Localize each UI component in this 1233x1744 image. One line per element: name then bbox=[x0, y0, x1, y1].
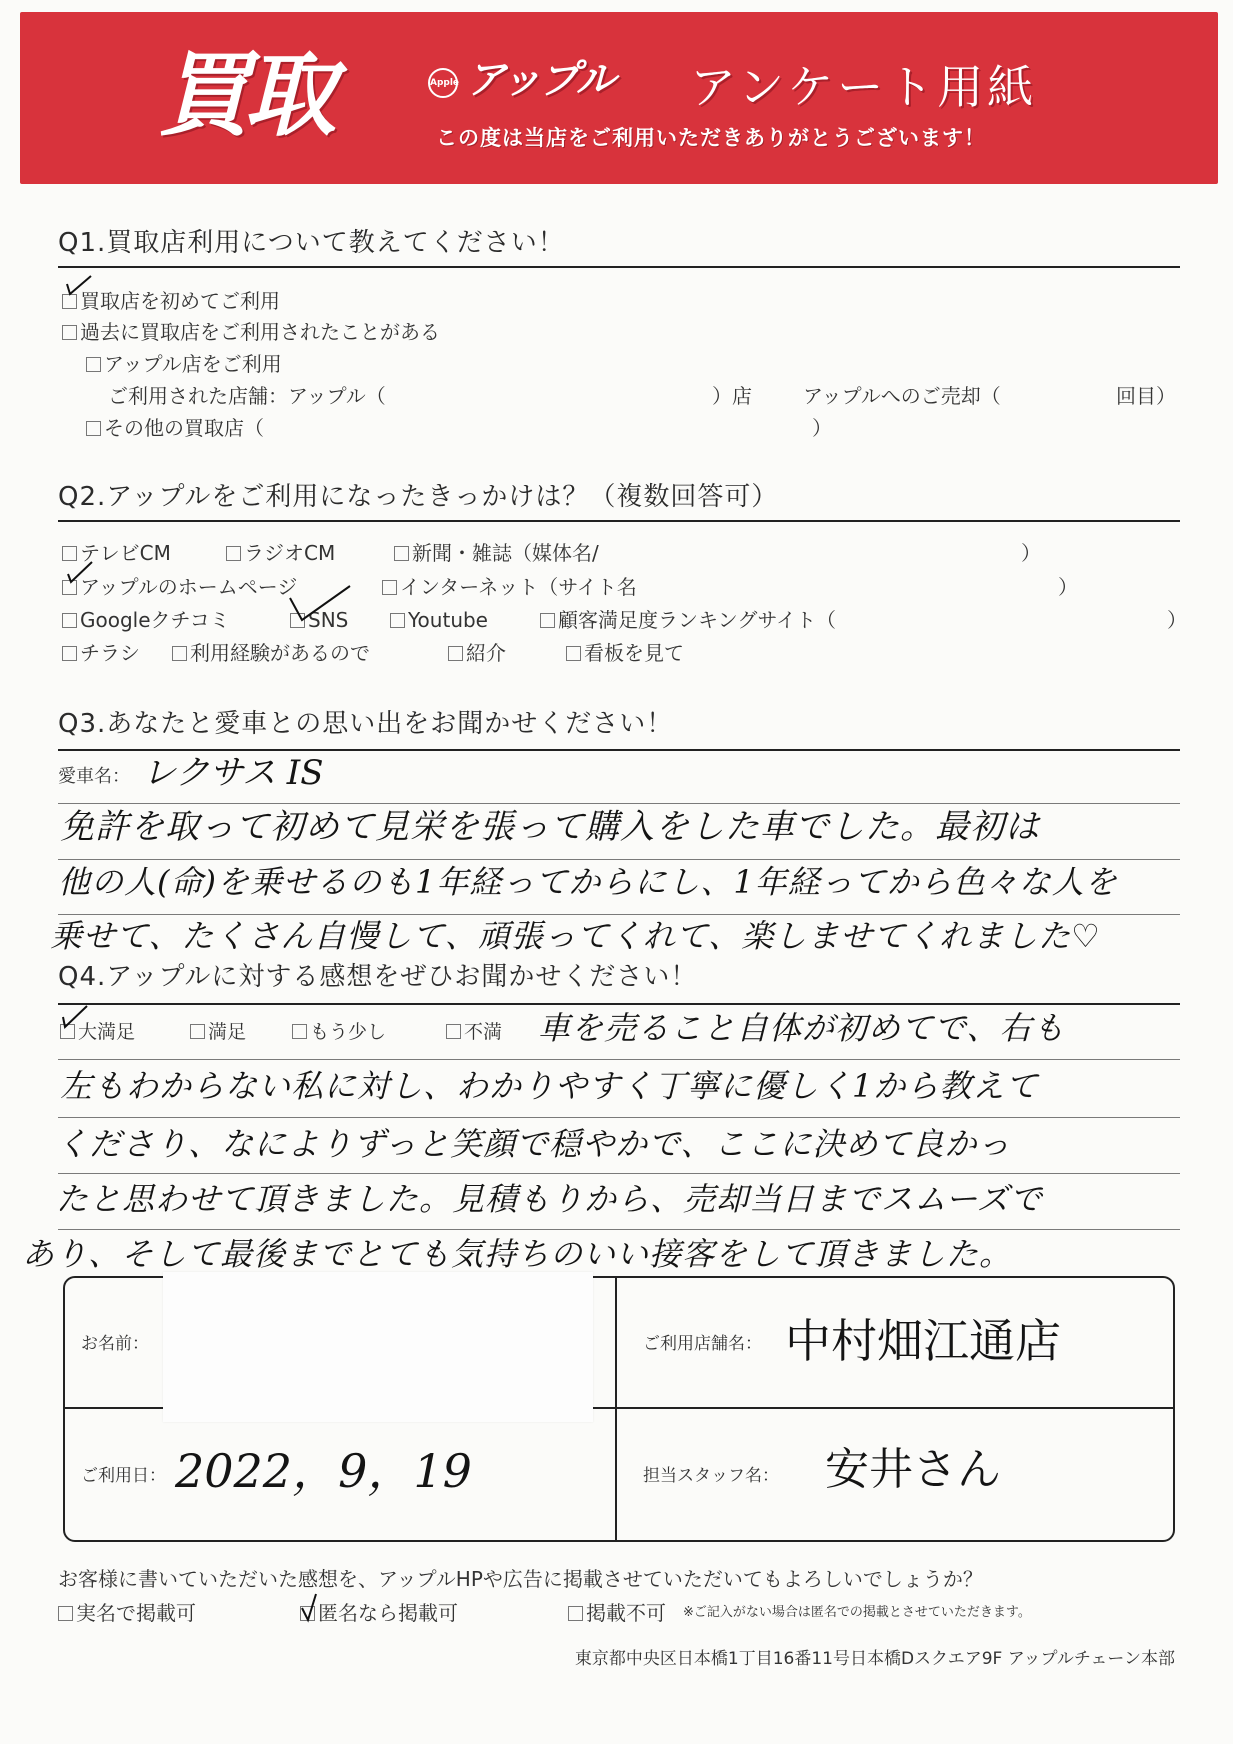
q4-heading: Q4.アップルに対する感想をぜひお聞かせください！ bbox=[58, 964, 697, 990]
car-name-value[interactable]: レクサス IS bbox=[142, 756, 324, 790]
checkbox[interactable] bbox=[62, 294, 77, 309]
q3-answer-line[interactable]: 乗せて、たくさん自慢して、頑張ってくれて、楽しませてくれました♡ bbox=[50, 920, 1101, 952]
q1-store-field-label: ご利用された店舗：アップル（ bbox=[108, 386, 386, 406]
divider bbox=[58, 1003, 1180, 1005]
divider bbox=[58, 266, 1180, 268]
checkbox[interactable] bbox=[292, 1024, 307, 1039]
q2-heading: Q2.アップルをご利用になったきっかけは？（複数回答可） bbox=[58, 484, 778, 510]
checkbox[interactable] bbox=[60, 1024, 75, 1039]
q2-option-internet[interactable]: インターネット（サイト名 bbox=[382, 577, 637, 597]
date-value[interactable]: 2022，9，19 bbox=[175, 1448, 472, 1494]
consent-option-real-name[interactable]: 実名で掲載可 bbox=[58, 1603, 196, 1623]
q2-option-ranking-site[interactable]: 顧客満足度ランキングサイト（ bbox=[540, 610, 836, 630]
q4-rating-could-improve[interactable]: もう少し bbox=[292, 1023, 386, 1042]
header-banner: 買取 Apple アップル アンケート用紙 この度は当店をご利用いただきありがと… bbox=[20, 12, 1218, 184]
q1-store-field-suffix: ）店 bbox=[712, 386, 752, 406]
apple-logo-icon: Apple bbox=[428, 68, 458, 98]
q1-option-other-store[interactable]: その他の買取店（ bbox=[86, 418, 264, 438]
page-title: アンケート用紙 bbox=[690, 64, 1037, 110]
q3-answer-line[interactable]: 免許を取って初めて見栄を張って購入をした車でした。最初は bbox=[60, 810, 1040, 844]
q4-answer-line[interactable]: 左もわからない私に対し、わかりやすく丁寧に優しく1から教えて bbox=[60, 1070, 1038, 1102]
answer-line bbox=[58, 1117, 1180, 1118]
q4-answer-line[interactable]: たと思わせて頂きました。見積もりから、売却当日までスムーズで bbox=[56, 1183, 1043, 1215]
checkbox[interactable] bbox=[394, 546, 409, 561]
answer-line bbox=[58, 1059, 1180, 1060]
q2-option-experience[interactable]: 利用経験があるので bbox=[172, 643, 370, 663]
checkbox[interactable] bbox=[62, 613, 77, 628]
q2-option-referral[interactable]: 紹介 bbox=[448, 643, 506, 663]
footer-address: 東京都中央区日本橋1丁目16番11号日本橋Dスクエア9F アップルチェーン本部 bbox=[575, 1651, 1175, 1668]
checkbox[interactable] bbox=[86, 357, 101, 372]
q4-answer-line[interactable]: 車を売ること自体が初めてで、右も bbox=[538, 1012, 1065, 1044]
checkbox[interactable] bbox=[58, 1606, 73, 1621]
q2-option-radio-cm[interactable]: ラジオCM bbox=[226, 543, 335, 563]
q4-rating-dissatisfied[interactable]: 不満 bbox=[446, 1023, 502, 1042]
q2-option-homepage[interactable]: アップルのホームページ bbox=[62, 577, 297, 597]
checkbox[interactable] bbox=[566, 646, 581, 661]
checkbox[interactable] bbox=[568, 1606, 583, 1621]
q4-rating-very-satisfied[interactable]: 大満足 bbox=[60, 1023, 135, 1042]
q1-option-first-time[interactable]: 買取店を初めてご利用 bbox=[62, 291, 280, 311]
consent-note: ※ご記入がない場合は匿名での掲載とさせていただきます。 bbox=[683, 1606, 1031, 1619]
q4-answer-line[interactable]: くださり、なによりずっと笑顔で穏やかで、ここに決めて良かっ bbox=[56, 1128, 1010, 1160]
divider bbox=[58, 520, 1180, 522]
q1-heading: Q1.買取店利用について教えてください！ bbox=[58, 230, 565, 256]
checkbox[interactable] bbox=[62, 325, 77, 340]
answer-line bbox=[58, 803, 1180, 804]
name-label: お名前： bbox=[81, 1336, 149, 1353]
q2-option-signboard[interactable]: 看板を見て bbox=[566, 643, 684, 663]
divider bbox=[615, 1278, 617, 1540]
checkbox[interactable] bbox=[390, 613, 405, 628]
q2-option-google-reviews[interactable]: Googleクチコミ bbox=[62, 610, 230, 630]
q1-sale-count-label: アップルへのご売却（ bbox=[803, 386, 1001, 406]
answer-line bbox=[58, 1229, 1180, 1230]
checkbox[interactable] bbox=[190, 1024, 205, 1039]
checkbox[interactable] bbox=[62, 646, 77, 661]
checkbox[interactable] bbox=[226, 546, 241, 561]
checkbox[interactable] bbox=[62, 580, 77, 595]
kaitori-logo: 買取 bbox=[158, 50, 330, 142]
checkbox[interactable] bbox=[86, 421, 101, 436]
q4-rating-satisfied[interactable]: 満足 bbox=[190, 1023, 246, 1042]
checkbox[interactable] bbox=[540, 613, 555, 628]
q1-sale-count-suffix: 回目） bbox=[1116, 386, 1176, 406]
checkbox[interactable] bbox=[448, 646, 463, 661]
q2-option-sns[interactable]: SNS bbox=[290, 610, 348, 630]
q1-option-used-before[interactable]: 過去に買取店をご利用されたことがある bbox=[62, 322, 440, 342]
checkbox[interactable] bbox=[300, 1606, 315, 1621]
q3-answer-line[interactable]: 他の人(命)を乗せるのも1年経ってからにし、1年経ってから色々な人を bbox=[58, 866, 1118, 898]
checkbox[interactable] bbox=[382, 580, 397, 595]
brand-name: アップル bbox=[466, 60, 614, 100]
answer-line bbox=[58, 1173, 1180, 1174]
staff-label: 担当スタッフ名： bbox=[643, 1468, 779, 1485]
answer-line bbox=[58, 859, 1180, 860]
q2-option-tv-cm[interactable]: テレビCM bbox=[62, 543, 171, 563]
answer-line bbox=[58, 914, 1180, 915]
consent-question: お客様に書いていただいた感想を、アップルHPや広告に掲載させていただいてもよろし… bbox=[58, 1569, 983, 1589]
q2-close-paren: ） bbox=[1167, 610, 1187, 630]
date-label: ご利用日： bbox=[81, 1468, 166, 1485]
checkbox[interactable] bbox=[290, 613, 305, 628]
consent-option-not-allowed[interactable]: 掲載不可 bbox=[568, 1603, 666, 1623]
checkbox[interactable] bbox=[172, 646, 187, 661]
q2-option-youtube[interactable]: Youtube bbox=[390, 610, 488, 630]
car-name-label: 愛車名： bbox=[58, 768, 130, 786]
staff-value[interactable]: 安井さん bbox=[825, 1448, 1001, 1492]
checkbox[interactable] bbox=[446, 1024, 461, 1039]
store-value[interactable]: 中村畑江通店 bbox=[785, 1318, 1061, 1364]
q2-close-paren: ） bbox=[1058, 577, 1078, 597]
q1-other-close: ） bbox=[812, 418, 832, 438]
divider bbox=[58, 749, 1180, 751]
banner-subtitle: この度は当店をご利用いただきありがとうございます！ bbox=[436, 128, 986, 149]
q4-answer-line[interactable]: あり、そして最後までとても気持ちのいい接客をして頂きました。 bbox=[22, 1238, 1012, 1270]
q2-option-newspaper[interactable]: 新聞・雑誌（媒体名/ bbox=[394, 543, 599, 563]
q2-option-flyer[interactable]: チラシ bbox=[62, 643, 140, 663]
name-redaction bbox=[163, 1272, 593, 1422]
q1-option-apple-store[interactable]: アップル店をご利用 bbox=[86, 354, 282, 374]
store-label: ご利用店舗名： bbox=[643, 1336, 762, 1353]
checkbox[interactable] bbox=[62, 546, 77, 561]
q3-heading: Q3.あなたと愛車との思い出をお聞かせください！ bbox=[58, 711, 673, 737]
q2-close-paren: ） bbox=[1021, 543, 1041, 563]
consent-option-anonymous[interactable]: 匿名なら掲載可 bbox=[300, 1603, 458, 1623]
